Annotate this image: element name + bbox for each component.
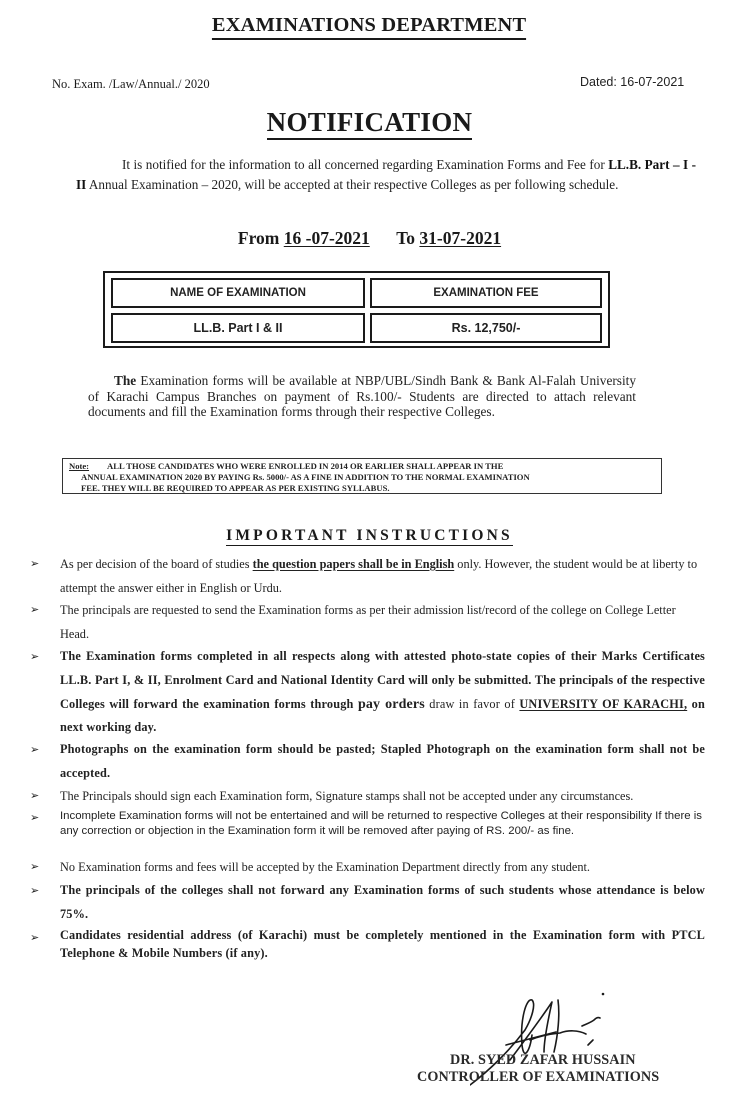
arrow-bullet-icon: ➢ <box>30 931 39 944</box>
arrow-bullet-icon: ➢ <box>30 811 39 824</box>
reference-number: No. Exam. /Law/Annual./ 2020 <box>52 77 210 92</box>
signatory-name: DR. SYED ZAFAR HUSSAIN <box>380 1052 739 1069</box>
notification-title: NOTIFICATION <box>267 107 473 140</box>
instructions-heading: IMPORTANT INSTRUCTIONS <box>0 527 739 546</box>
signatory-block: DR. SYED ZAFAR HUSSAIN CONTROLLER OF EXA… <box>380 1052 739 1086</box>
to-date: 31-07-2021 <box>419 228 501 248</box>
arrow-bullet-icon: ➢ <box>30 743 39 756</box>
arrow-bullet-icon: ➢ <box>30 860 39 873</box>
availability-paragraph: The Examination forms will be available … <box>88 373 636 420</box>
arrow-bullet-icon: ➢ <box>30 557 39 570</box>
department-title: EXAMINATIONS DEPARTMENT <box>212 14 526 40</box>
note-line-2: ANNUAL EXAMINATION 2020 BY PAYING Rs. 50… <box>69 472 655 483</box>
fee-table: NAME OF EXAMINATION EXAMINATION FEE LL.B… <box>103 271 610 348</box>
from-label: From <box>238 228 279 248</box>
emphasis-english: the question papers shall be in English <box>253 557 455 571</box>
schedule-dates: From 16 -07-2021 To 31-07-2021 <box>0 228 739 249</box>
arrow-bullet-icon: ➢ <box>30 650 39 663</box>
to-label: To <box>396 228 415 248</box>
university-name: UNIVERSITY OF KARACHI, <box>519 697 687 711</box>
fee-table-exam-name: LL.B. Part I & II <box>111 313 365 343</box>
notification-heading: NOTIFICATION <box>0 107 739 140</box>
arrow-bullet-icon: ➢ <box>30 789 39 802</box>
intro-text-2: Annual Examination – 2020, will be accep… <box>89 177 619 192</box>
intro-paragraph: It is notified for the information to al… <box>76 155 696 194</box>
note-label: Note: <box>69 461 89 471</box>
availability-lead: The <box>114 373 136 388</box>
availability-text: Examination forms will be available at N… <box>88 373 636 419</box>
arrow-bullet-icon: ➢ <box>30 884 39 897</box>
instructions-title: IMPORTANT INSTRUCTIONS <box>226 527 513 546</box>
date-issued: Dated: 16-07-2021 <box>580 75 684 89</box>
note-line-1: ALL THOSE CANDIDATES WHO WERE ENROLLED I… <box>107 461 503 471</box>
arrow-bullet-icon: ➢ <box>30 603 39 616</box>
department-heading: EXAMINATIONS DEPARTMENT <box>0 14 739 40</box>
signatory-title: CONTROLLER OF EXAMINATIONS <box>380 1069 739 1086</box>
fee-table-exam-fee: Rs. 12,750/- <box>370 313 602 343</box>
intro-text-1: It is notified for the information to al… <box>122 157 605 172</box>
fee-table-header-exam: NAME OF EXAMINATION <box>111 278 365 308</box>
from-date: 16 -07-2021 <box>284 228 370 248</box>
note-line-3: FEE. THEY WILL BE REQUIRED TO APPEAR AS … <box>69 483 655 494</box>
note-box: Note:ALL THOSE CANDIDATES WHO WERE ENROL… <box>62 458 662 494</box>
emphasis-pay-orders: pay orders <box>358 697 425 712</box>
fee-table-header-fee: EXAMINATION FEE <box>370 278 602 308</box>
